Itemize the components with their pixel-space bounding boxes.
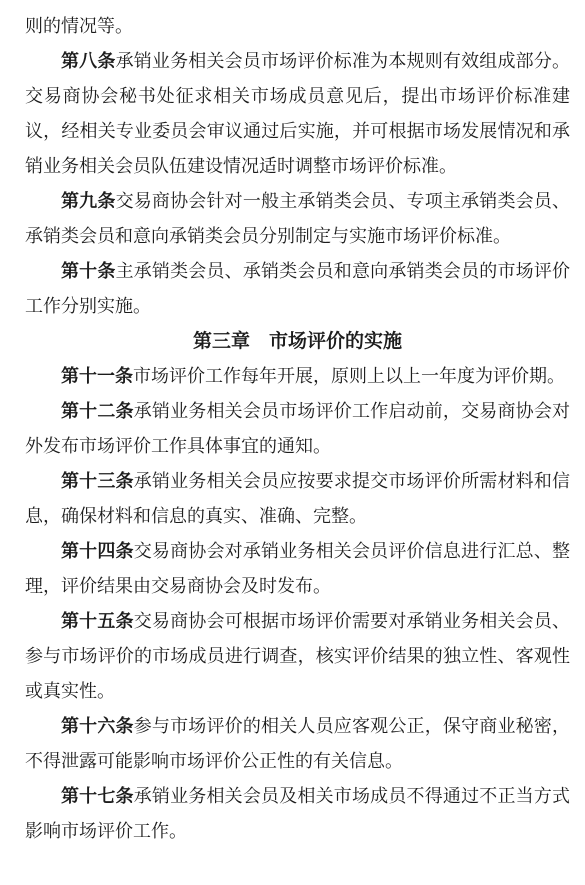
article-9-number: 第九条: [61, 191, 116, 211]
article-16-number: 第十六条: [61, 716, 134, 736]
article-10-paragraph: 第十条主承销类会员、承销类会员和意向承销类会员的市场评价工作分别实施。: [25, 254, 570, 324]
continuation-paragraph: 则的情况等。: [25, 9, 570, 44]
article-17-number: 第十七条: [61, 786, 134, 806]
article-17-paragraph: 第十七条承销业务相关会员及相关市场成员不得通过不正当方式影响市场评价工作。: [25, 779, 570, 849]
article-15-paragraph: 第十五条交易商协会可根据市场评价需要对承销业务相关会员、参与市场评价的市场成员进…: [25, 604, 570, 709]
article-9-paragraph: 第九条交易商协会针对一般主承销类会员、专项主承销类会员、承销类会员和意向承销类会…: [25, 184, 570, 254]
article-8-paragraph: 第八条承销业务相关会员市场评价标准为本规则有效组成部分。交易商协会秘书处征求相关…: [25, 44, 570, 184]
article-11-number: 第十一条: [61, 366, 133, 386]
article-14-paragraph: 第十四条交易商协会对承销业务相关会员评价信息进行汇总、整理，评价结果由交易商协会…: [25, 534, 570, 604]
article-12-number: 第十二条: [61, 401, 134, 421]
article-13-number: 第十三条: [61, 471, 134, 491]
article-11-paragraph: 第十一条市场评价工作每年开展，原则上以上一年度为评价期。: [25, 359, 570, 394]
chapter-3-heading: 第三章 市场评价的实施: [25, 324, 570, 359]
article-12-paragraph: 第十二条承销业务相关会员市场评价工作启动前，交易商协会对外发布市场评价工作具体事…: [25, 394, 570, 464]
article-15-number: 第十五条: [61, 611, 134, 631]
article-8-number: 第八条: [61, 51, 116, 71]
article-10-number: 第十条: [61, 261, 116, 281]
article-14-number: 第十四条: [61, 541, 134, 561]
article-11-text: 市场评价工作每年开展，原则上以上一年度为评价期。: [133, 366, 565, 386]
article-16-paragraph: 第十六条参与市场评价的相关人员应客观公正，保守商业秘密，不得泄露可能影响市场评价…: [25, 709, 570, 779]
article-13-paragraph: 第十三条承销业务相关会员应按要求提交市场评价所需材料和信息，确保材料和信息的真实…: [25, 464, 570, 534]
document-page: 则的情况等。 第八条承销业务相关会员市场评价标准为本规则有效组成部分。交易商协会…: [0, 0, 585, 885]
